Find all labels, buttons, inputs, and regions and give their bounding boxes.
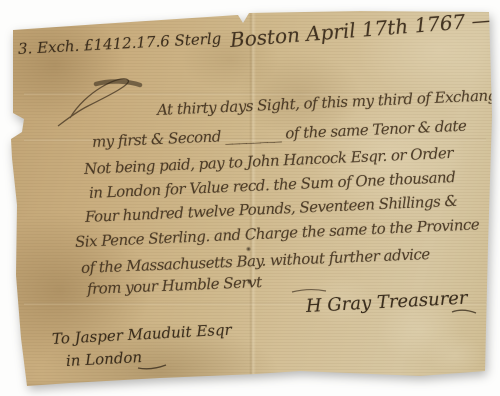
manuscript-paper: 3. Exch. £1412.17.6 Sterlg Boston April …	[0, 0, 500, 396]
photo-background: 3. Exch. £1412.17.6 Sterlg Boston April …	[0, 0, 500, 396]
ink-blot	[246, 246, 251, 252]
paper-shadow: 3. Exch. £1412.17.6 Sterlg Boston April …	[0, 0, 500, 396]
